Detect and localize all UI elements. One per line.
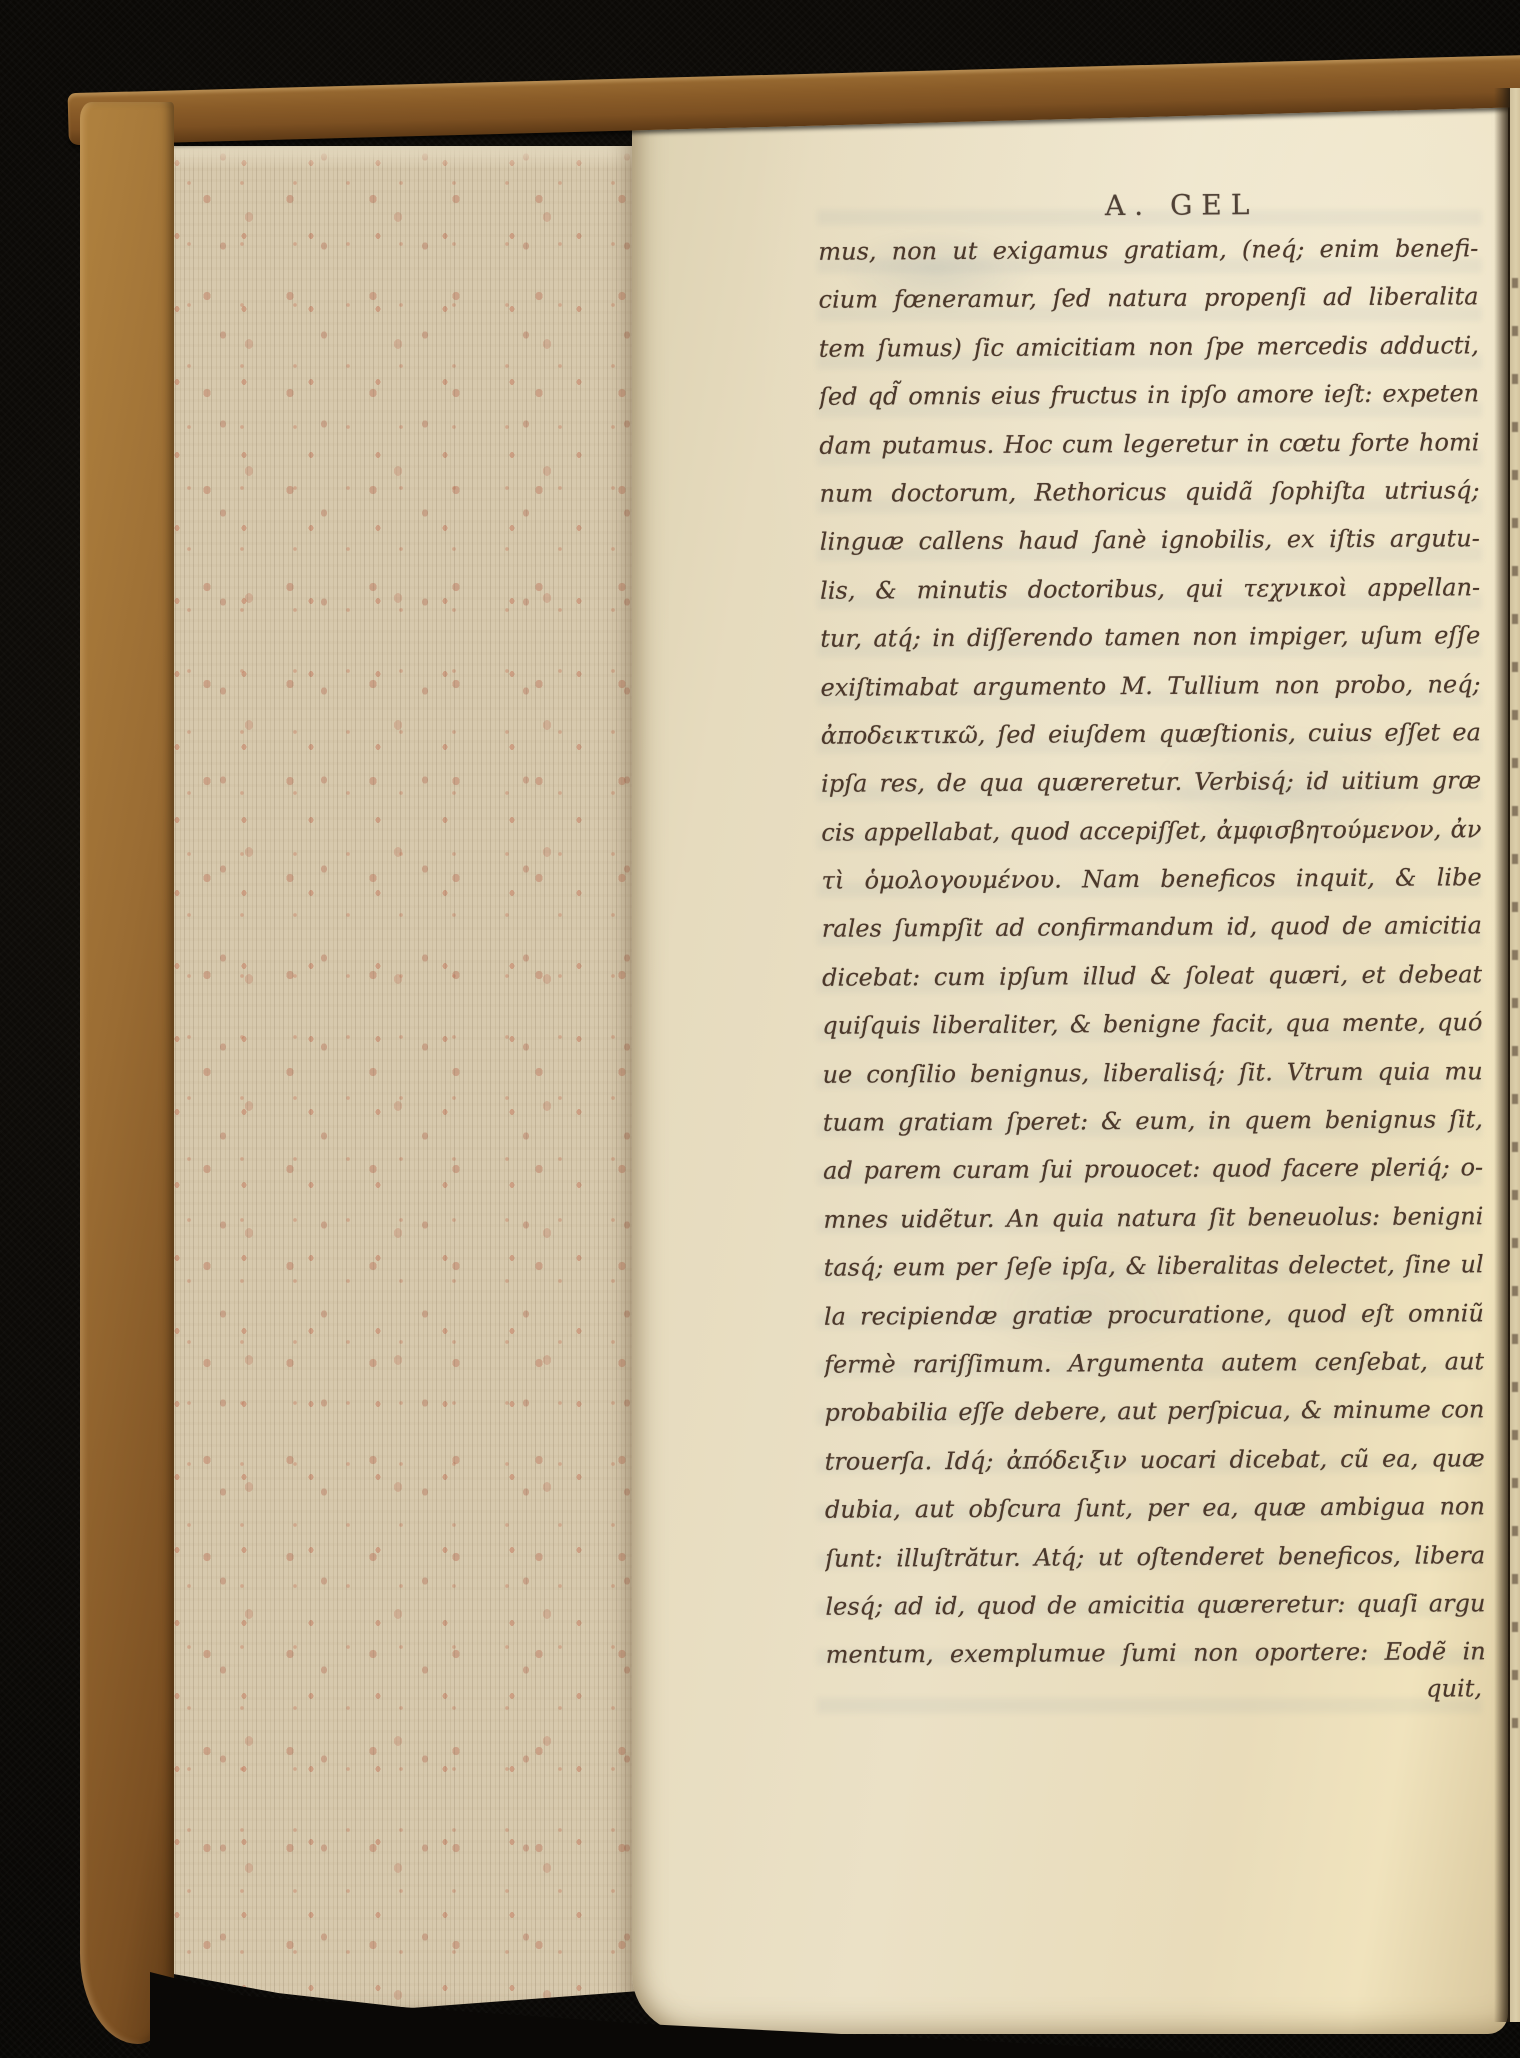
fore-edge-leaf-stack	[166, 146, 636, 2008]
text-line: trouerſa. Idq́; ἀπόδειξιν uocari dicebat…	[825, 1434, 1485, 1486]
text-line: dicebat: cum ipſum illud & ſoleat quæri,…	[822, 950, 1482, 1002]
catchword: quit,	[822, 1674, 1482, 1705]
text-line: ἀποδεικτικῶ, ſed eiuſdem quæſtionis, cui…	[821, 708, 1481, 760]
book-page: A. GEL mus, non ut exigamus gratiam, (ne…	[632, 90, 1508, 2034]
text-block: mus, non ut exigamus gratiam, (neq́; eni…	[818, 224, 1486, 1679]
text-line: cium fœneramur, ſed natura propenſi ad l…	[818, 273, 1478, 325]
text-line: rales ſumpſit ad confirmandum id, quod d…	[822, 902, 1482, 954]
text-line: exiſtimabat argumento M. Tullium non pro…	[820, 660, 1480, 712]
text-line: num doctorum, Rethoricus quidã ſophiſta …	[819, 466, 1479, 518]
text-line: ue conſilio benignus, liberalisq́; ſit. …	[823, 1047, 1483, 1099]
text-line: ad parem curam ſui prouocet: quod facere…	[823, 1144, 1483, 1196]
text-line: mus, non ut exigamus gratiam, (neq́; eni…	[818, 224, 1478, 276]
text-line: mnes uidẽtur. An quia natura ſit beneuol…	[823, 1192, 1483, 1244]
text-line: τὶ ὁμολογουμένου. Nam beneficos inquit, …	[821, 853, 1481, 905]
text-line: dubia, aut obſcura ſunt, per ea, quæ amb…	[825, 1482, 1485, 1534]
text-line: tem ſumus) ſic amicitiam non ſpe mercedi…	[819, 321, 1479, 373]
book-left-board-leather	[80, 102, 174, 2044]
text-line: cis appellabat, quod accepiſſet, ἀμφισβη…	[821, 805, 1481, 857]
text-line: ipſa res, de qua quæreretur. Verbisq́; i…	[821, 757, 1481, 809]
text-line: probabilia eſſe debere, aut perſpicua, &…	[824, 1386, 1484, 1438]
text-line: tur, atq́; in diſſerendo tamen non impig…	[820, 611, 1480, 663]
text-line: ſed qd̃ omnis eius fructus in ipſo amore…	[819, 369, 1479, 421]
facing-page-partial-print	[1512, 278, 1518, 1758]
text-line: linguæ callens haud ſanè ignobilis, ex i…	[820, 515, 1480, 567]
text-line: tuam gratiam ſperet: & eum, in quem beni…	[823, 1095, 1483, 1147]
text-line: lesq́; ad id, quod de amicitia quæreretu…	[825, 1579, 1485, 1631]
text-line: ſunt: illuſtrătur. Atq́; ut oſtenderet b…	[825, 1531, 1485, 1583]
text-line: lis, & minutis doctoribus, qui τεχνικοὶ …	[820, 563, 1480, 615]
facing-page-sliver	[1510, 88, 1520, 2022]
photo-background: A. GEL mus, non ut exigamus gratiam, (ne…	[0, 0, 1520, 2058]
text-line: mentum, exemplumue ſumi non oportere: Eo…	[826, 1628, 1486, 1680]
text-line: quiſquis liberaliter, & benigne facit, q…	[822, 999, 1482, 1051]
text-line: tasq́; eum per ſeſe ipſa, & liberalitas …	[824, 1240, 1484, 1292]
text-line: la recipiendæ gratiæ procuratione, quod …	[824, 1289, 1484, 1341]
running-header: A. GEL	[1105, 187, 1425, 229]
text-line: dam putamus. Hoc cum legeretur in cœtu f…	[819, 418, 1479, 470]
text-line: fermè rariſſimum. Argumenta autem cenſeb…	[824, 1337, 1484, 1389]
